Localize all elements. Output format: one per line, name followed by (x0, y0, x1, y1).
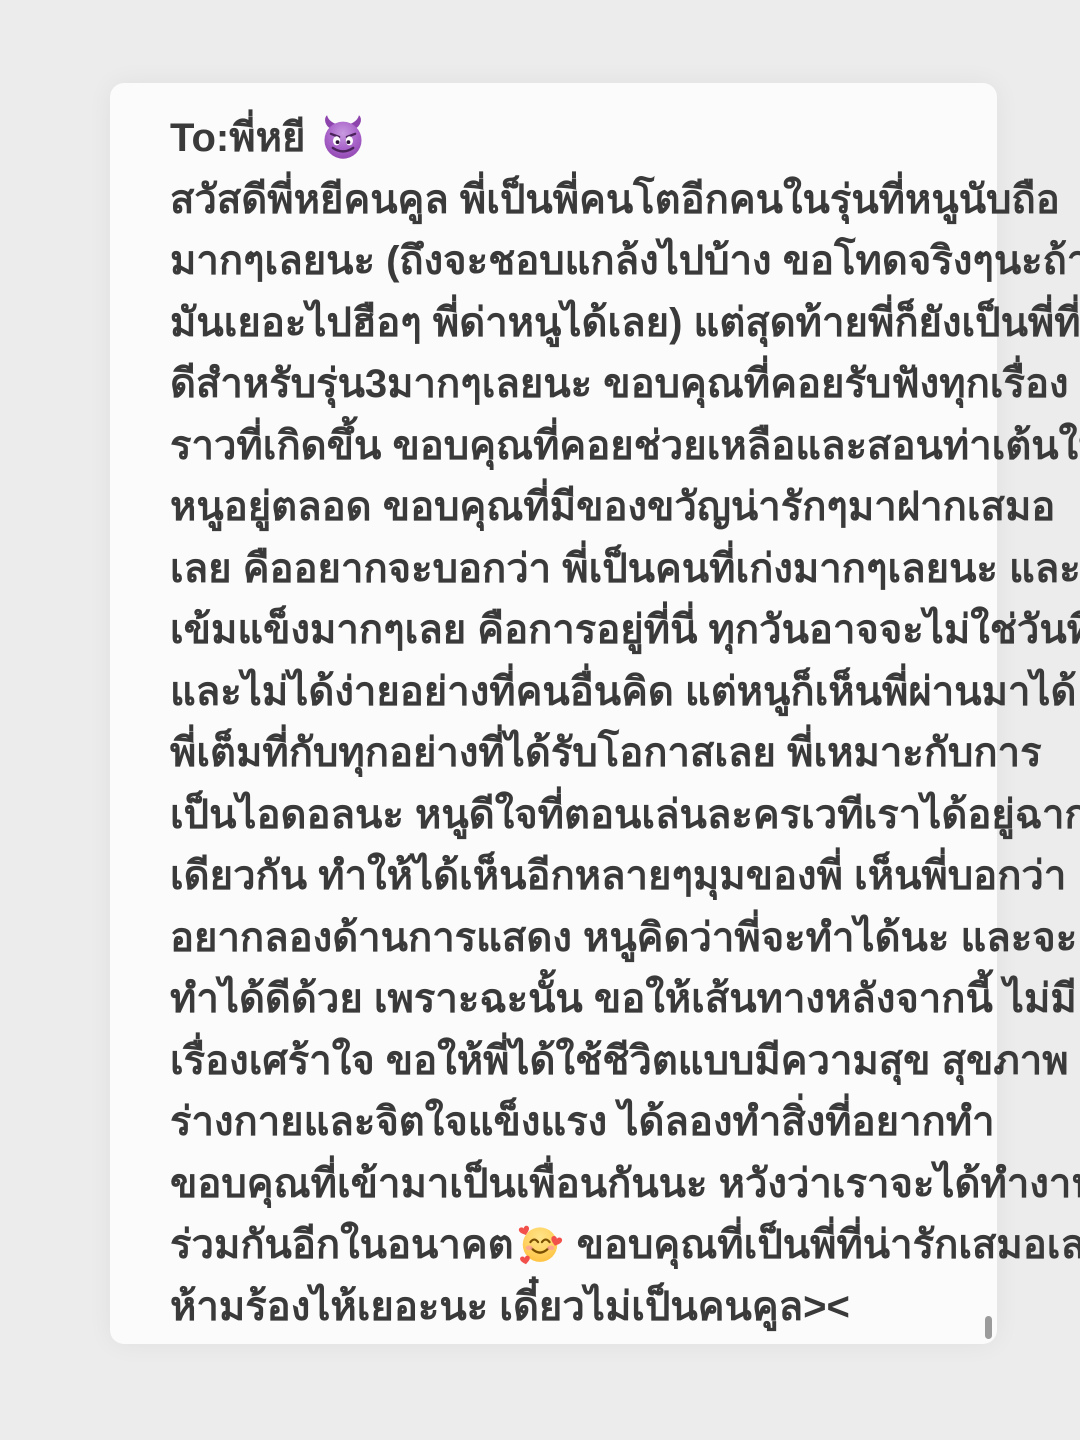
text-line: และไม่ได้ง่ายอย่างที่คนอื่นคิด แต่หนูก็เ… (170, 662, 957, 724)
text-line: มันเยอะไปฮือๆ พี่ด่าหนูได้เลย) แต่สุดท้า… (170, 293, 957, 355)
text-line: To:พี่หยี (170, 108, 957, 170)
text-segment: หนูอยู่ตลอด ขอบคุณที่มีของขวัญน่ารักๆมาฝ… (170, 485, 1055, 529)
text-line: เลย คืออยากจะบอกว่า พี่เป็นคนที่เก่งมากๆ… (170, 539, 957, 601)
text-segment: ทำได้ดีด้วย เพราะฉะนั้น ขอให้เส้นทางหลัง… (170, 977, 1077, 1021)
text-line: ดีสำหรับรุ่น3มากๆเลยนะ ขอบคุณที่คอยรับฟั… (170, 354, 957, 416)
text-segment: ขอบคุณที่เป็นพี่ที่น่ารักเสมอเลย (566, 1223, 1080, 1267)
text-line: ทำได้ดีด้วย เพราะฉะนั้น ขอให้เส้นทางหลัง… (170, 969, 957, 1031)
text-line: ร่วมกันอีกในอนาคต ขอบคุณที่เป็นพี่ที่น่า… (170, 1215, 957, 1277)
smiling-imp-emoji (320, 114, 366, 160)
text-segment: ร่างกายและจิตใจแข็งแรง ได้ลองทำสิ่งที่อย… (170, 1100, 995, 1144)
text-line: หนูอยู่ตลอด ขอบคุณที่มีของขวัญน่ารักๆมาฝ… (170, 477, 957, 539)
text-line: เข้มแข็งมากๆเลย คือการอยู่ที่นี่ ทุกวันอ… (170, 600, 957, 662)
text-segment: ดีสำหรับรุ่น3มากๆเลยนะ ขอบคุณที่คอยรับฟั… (170, 362, 1069, 406)
text-segment: อยากลองด้านการแสดง หนูคิดว่าพี่จะทำได้นะ… (170, 916, 1077, 960)
text-segment: มากๆเลยนะ (ถึงจะชอบแกล้งไปบ้าง ขอโทดจริง… (170, 239, 1080, 283)
text-line: เรื่องเศร้าใจ ขอให้พี่ได้ใช้ชีวิตแบบมีคว… (170, 1031, 957, 1093)
text-segment: พี่เต็มที่กับทุกอย่างที่ได้รับโอกาสเลย พ… (170, 731, 1042, 775)
scrollbar-thumb[interactable] (985, 1316, 992, 1339)
text-line: สวัสดีพี่หยีคนคูล พี่เป็นพี่คนโตอีกคนในร… (170, 170, 957, 232)
text-line: มากๆเลยนะ (ถึงจะชอบแกล้งไปบ้าง ขอโทดจริง… (170, 231, 957, 293)
text-segment: ขอบคุณที่เข้ามาเป็นเพื่อนกันนะ หวังว่าเร… (170, 1162, 1080, 1206)
text-segment: เป็นไอดอลนะ หนูดีใจที่ตอนเล่นละครเวทีเรา… (170, 793, 1080, 837)
text-segment: เข้มแข็งมากๆเลย คือการอยู่ที่นี่ ทุกวันอ… (170, 608, 1080, 652)
text-line: อยากลองด้านการแสดง หนูคิดว่าพี่จะทำได้นะ… (170, 908, 957, 970)
text-line: ห้ามร้องไห้เยอะนะ เดี๋ยวไม่เป็นคนคูล>< (170, 1277, 957, 1339)
text-segment: เรื่องเศร้าใจ ขอให้พี่ได้ใช้ชีวิตแบบมีคว… (170, 1039, 1069, 1083)
text-segment: ราวที่เกิดขึ้น ขอบคุณที่คอยช่วยเหลือและส… (170, 424, 1080, 468)
note-card: To:พี่หยี สวัสดีพี่หยีคนคูล พี่เป็นพี่คน… (110, 83, 997, 1344)
text-segment: เดียวกัน ทำให้ได้เห็นอีกหลายๆมุมของพี่ เ… (170, 854, 1066, 898)
text-line: พี่เต็มที่กับทุกอย่างที่ได้รับโอกาสเลย พ… (170, 723, 957, 785)
note-lines: To:พี่หยี สวัสดีพี่หยีคนคูล พี่เป็นพี่คน… (170, 108, 957, 1338)
text-segment: To:พี่หยี (170, 116, 317, 160)
text-segment: มันเยอะไปฮือๆ พี่ด่าหนูได้เลย) แต่สุดท้า… (170, 301, 1080, 345)
text-segment: สวัสดีพี่หยีคนคูล พี่เป็นพี่คนโตอีกคนในร… (170, 178, 1060, 222)
text-segment: ห้ามร้องไห้เยอะนะ เดี๋ยวไม่เป็นคนคูล>< (170, 1285, 850, 1329)
smiling-face-with-hearts-emoji (517, 1221, 563, 1267)
text-segment: ร่วมกันอีกในอนาคต (170, 1223, 514, 1267)
text-line: เดียวกัน ทำให้ได้เห็นอีกหลายๆมุมของพี่ เ… (170, 846, 957, 908)
text-line: ราวที่เกิดขึ้น ขอบคุณที่คอยช่วยเหลือและส… (170, 416, 957, 478)
text-segment: และไม่ได้ง่ายอย่างที่คนอื่นคิด แต่หนูก็เ… (170, 670, 1077, 714)
text-line: ร่างกายและจิตใจแข็งแรง ได้ลองทำสิ่งที่อย… (170, 1092, 957, 1154)
text-line: ขอบคุณที่เข้ามาเป็นเพื่อนกันนะ หวังว่าเร… (170, 1154, 957, 1216)
text-segment: เลย คืออยากจะบอกว่า พี่เป็นคนที่เก่งมากๆ… (170, 547, 1080, 591)
text-line: เป็นไอดอลนะ หนูดีใจที่ตอนเล่นละครเวทีเรา… (170, 785, 957, 847)
